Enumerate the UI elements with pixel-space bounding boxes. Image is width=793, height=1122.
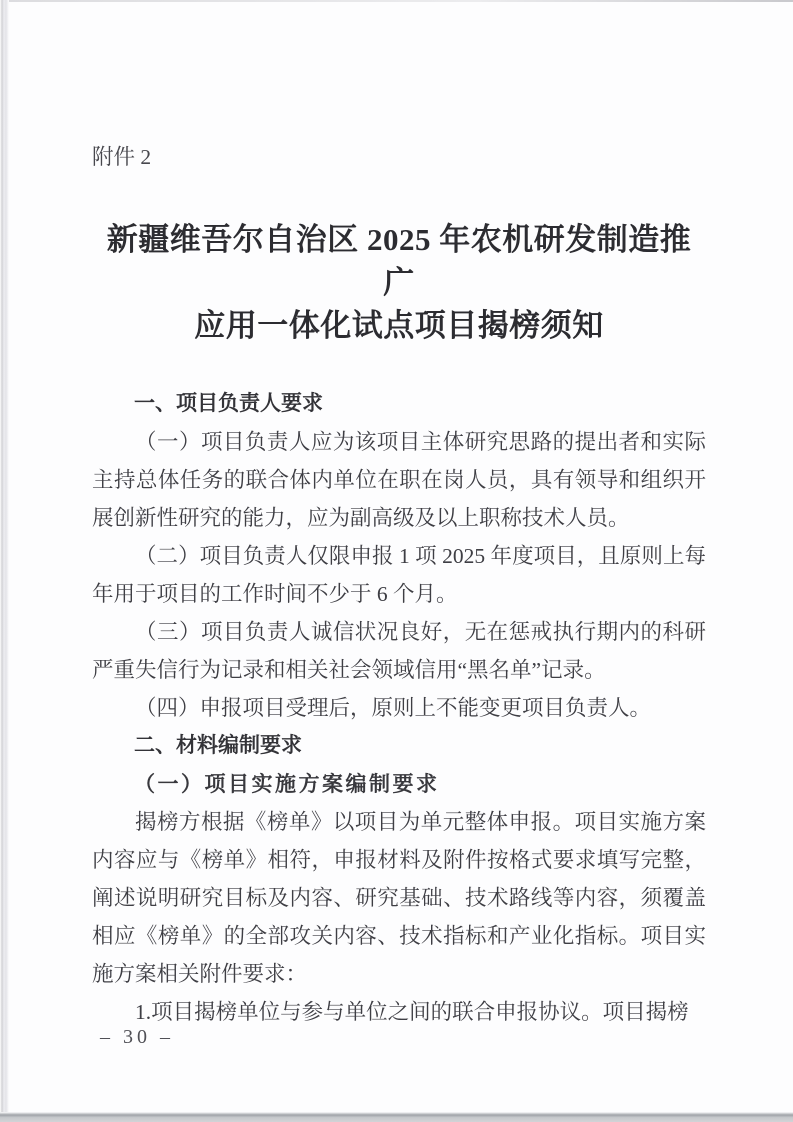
paragraph-6: 1.项目揭榜单位与参与单位之间的联合申报协议。项目揭榜: [92, 993, 706, 1031]
document-title: 新疆维吾尔自治区 2025 年农机研发制造推广 应用一体化试点项目揭榜须知: [92, 218, 706, 347]
document-title-line-1: 新疆维吾尔自治区 2025 年农机研发制造推广: [92, 218, 706, 304]
scan-edge-bottom: [0, 1112, 793, 1122]
document-content: 附件 2 新疆维吾尔自治区 2025 年农机研发制造推广 应用一体化试点项目揭榜…: [92, 0, 706, 1031]
page-number: – 30 –: [100, 1026, 174, 1049]
attachment-label: 附件 2: [92, 138, 706, 176]
section-heading-2: 二、材料编制要求: [92, 727, 706, 765]
subsection-heading-1: （一）项目实施方案编制要求: [92, 765, 706, 803]
section-heading-1: 一、项目负责人要求: [92, 385, 706, 423]
paragraph-4: （四）申报项目受理后，原则上不能变更项目负责人。: [92, 689, 706, 727]
scan-edge-left: [0, 0, 9, 1122]
paragraph-1: （一）项目负责人应为该项目主体研究思路的提出者和实际主持总体任务的联合体内单位在…: [92, 423, 706, 537]
document-title-line-2: 应用一体化试点项目揭榜须知: [92, 304, 706, 347]
document-body: 一、项目负责人要求 （一）项目负责人应为该项目主体研究思路的提出者和实际主持总体…: [92, 385, 706, 1031]
scanned-document-page: { "document": { "attachment_label": "附件 …: [0, 0, 793, 1122]
paragraph-2: （二）项目负责人仅限申报 1 项 2025 年度项目，且原则上每年用于项目的工作…: [92, 537, 706, 613]
paragraph-3: （三）项目负责人诚信状况良好，无在惩戒执行期内的科研严重失信行为记录和相关社会领…: [92, 613, 706, 689]
paragraph-5: 揭榜方根据《榜单》以项目为单元整体申报。项目实施方案内容应与《榜单》相符，申报材…: [92, 803, 706, 993]
